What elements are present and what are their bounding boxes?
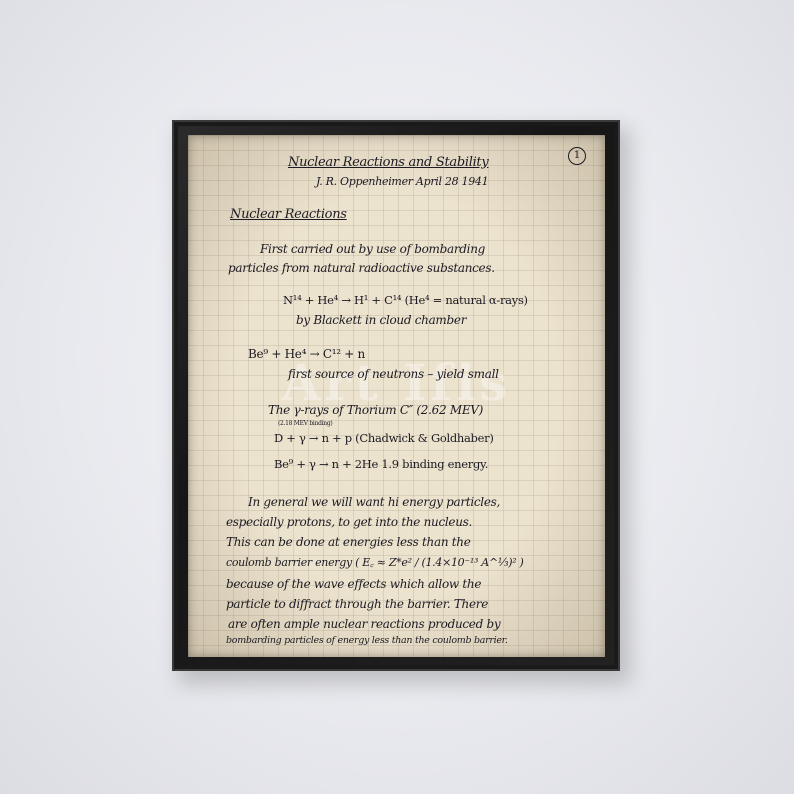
text-line: In general we will want hi energy partic… — [248, 495, 500, 509]
text-line: because of the wave effects which allow … — [226, 577, 481, 591]
text-line: The γ-rays of Thorium C″ (2.62 MEV) — [268, 403, 483, 417]
text-line: by Blackett in cloud chamber — [296, 313, 466, 327]
text-line: First carried out by use of bombarding — [260, 242, 485, 256]
equation-line: D + γ → n + p (Chadwick & Goldhaber) — [274, 431, 494, 445]
text-line: coulomb barrier energy ( E꜀ ≈ Z*e² / (1.… — [226, 555, 524, 570]
document-title: Nuclear Reactions and Stability — [288, 155, 488, 170]
equation-line: Be⁹ + He⁴ → C¹² + n — [248, 347, 365, 361]
text-line: first source of neutrons – yield small — [288, 367, 499, 381]
text-line: especially protons, to get into the nucl… — [226, 515, 472, 529]
manuscript-page: Art Ifis 1 Nuclear Reactions and Stabili… — [188, 135, 605, 657]
equation-line: N¹⁴ + He⁴ → H¹ + C¹⁴ (He⁴ = natural α-ra… — [283, 293, 528, 307]
page-number-marker: 1 — [568, 147, 586, 165]
section-heading: Nuclear Reactions — [230, 207, 347, 222]
text-line: This can be done at energies less than t… — [226, 535, 471, 549]
text-line: are often ample nuclear reactions produc… — [228, 617, 500, 631]
equation-line: Be⁹ + γ → n + 2He 1.9 binding energy. — [274, 457, 488, 471]
superscript-note: (2.18 MEV binding) — [278, 420, 332, 427]
text-line: particles from natural radioactive subst… — [228, 261, 495, 275]
text-line: particle to diffract through the barrier… — [226, 597, 488, 611]
text-line: bombarding particles of energy less than… — [226, 635, 508, 646]
author-date: J. R. Oppenheimer April 28 1941 — [316, 175, 488, 188]
